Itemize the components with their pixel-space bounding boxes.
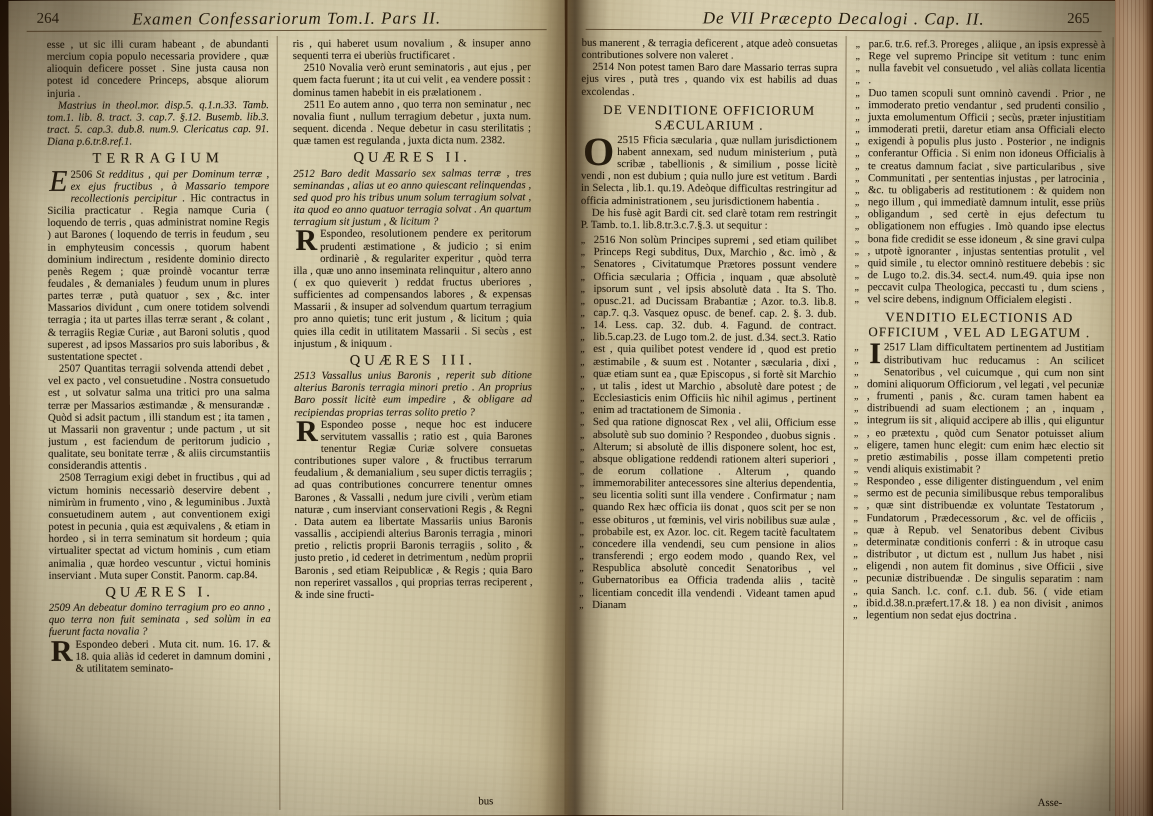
catchword-right: Asse- — [1038, 797, 1063, 809]
paragraph-continuation: esse , ut sic illi curam habeant , de ab… — [47, 38, 269, 100]
paragraph-number: 2515 — [617, 134, 639, 146]
quoted-block-2516: „ „ „ „ „ „ „ „ „ „ „ „ „ „ „2516 Non so… — [580, 234, 837, 417]
section-heading-de-venditione: DE VENDITIONE OFFICIORUM SÆCULARIUM . — [581, 102, 837, 133]
paragraph-continuation: bus manerent , & terragia deficerent , a… — [582, 37, 838, 62]
book-fore-edge — [1115, 0, 1153, 816]
quoted-block-respondeo: „ „ „ „ „ „ „ „ „ „ „ „Respondeo , esse … — [853, 475, 1104, 622]
left-page: 264 Examen Confessariorum Tom.I. Pars II… — [9, 0, 568, 816]
right-page: De VII Præcepto Decalogi . Cap. II. 265 … — [564, 0, 1120, 816]
column-3: bus manerent , & terragia deficerent , a… — [578, 37, 837, 810]
paragraph-body: Espondeo deberi . Muta cit. num. 16. 17.… — [75, 638, 270, 675]
quote-marks-gutter: „ „ „ „ „ „ „ „ „ „ „ „ „ „ „ — [580, 235, 593, 416]
paragraph-2515: 2515OFficia sæcularia , quæ nullam juris… — [581, 134, 837, 208]
section-heading-quaeres-1: QUÆRES I. — [49, 586, 271, 599]
question-2513: 2513 Vassallus unius Baronis , reperit s… — [294, 369, 532, 418]
page-number-right: 265 — [1067, 11, 1090, 28]
dropcap-r: R — [293, 228, 320, 253]
running-title-right: De VII Præcepto Decalogi . Cap. II. — [568, 8, 1120, 30]
paragraph-body: Llam difficultatem pertinentem ad Justit… — [867, 342, 1105, 476]
dropcap-r: R — [294, 419, 321, 444]
paragraph-2508: 2508 Terragium exigi debet in fructibus … — [48, 472, 270, 582]
running-title-left: Examen Confessariorum Tom.I. Pars II. — [9, 8, 565, 30]
paragraph-2506: 2506ESt redditus , qui per Dominum terræ… — [47, 168, 270, 363]
paragraph-2507: 2507 Quantitas terragii solvenda attendi… — [48, 362, 270, 472]
quoted-block-par6: „ „ „ „par.6. tr.6. ref.3. Proreges , al… — [855, 38, 1105, 88]
paragraph-body: Sed qua ratione dignoscat Rex , vel alii… — [592, 416, 836, 610]
section-heading-quaeres-2: QUÆRES II. — [293, 152, 531, 165]
paragraph-continuation: ris , qui haberet usum novalium , & insu… — [293, 37, 531, 62]
paragraph-2511: 2511 Eo autem anno , quo terra non semin… — [293, 98, 531, 147]
quote-marks-gutter: „ „ „ „ — [855, 39, 867, 87]
paragraph-body: par.6. tr.6. ref.3. Proreges , aliique ,… — [868, 38, 1105, 86]
citations-paragraph: Mastrius in theol.mor. disp.5. q.1.n.33.… — [47, 99, 269, 148]
paragraph-2510: 2510 Novalia verò erunt seminatoris , au… — [293, 61, 531, 98]
paragraph-body: 2516 Non solùm Principes supremi , sed e… — [593, 234, 837, 417]
column-2: ris , qui haberet usum novalium , & insu… — [293, 37, 534, 810]
response-2512: REspondeo, resolutionem pendere ex perit… — [293, 227, 531, 349]
dropcap-r: R — [49, 638, 76, 663]
response-2509: REspondeo deberi . Muta cit. num. 16. 17… — [49, 638, 271, 675]
paragraph-body: Respondeo , esse diligenter distinguendu… — [866, 475, 1104, 621]
quote-marks-gutter: „ „ „ „ „ „ „ „ „ „ „ „ „ „ „ „ — [579, 417, 592, 611]
section-heading-terragium: TERRAGIUM — [47, 152, 269, 165]
margin-rule-right — [1109, 37, 1113, 811]
paragraph-number: 2517 — [884, 342, 906, 354]
paragraph-de-his: De his fusè agit Bardi cit. sed clarè to… — [581, 207, 837, 232]
dropcap-e: E — [47, 168, 70, 193]
column-divider-right-page — [842, 36, 846, 810]
question-2509: 2509 An debeatur domino terragium pro eo… — [49, 601, 271, 638]
column-4: „ „ „ „par.6. tr.6. ref.3. Proreges , al… — [852, 38, 1105, 811]
column-1: esse , ut sic illi curam habeant , de ab… — [47, 38, 272, 811]
paragraph-number: 2506 — [70, 168, 92, 180]
paragraph-body: Espondeo, resolutionem pendere ex perito… — [294, 227, 532, 349]
paragraph-body: Duo tamen scopuli sunt omninò cavendi . … — [867, 87, 1105, 307]
paragraph-body: Hic contractus in Sicilia practicatur . … — [47, 192, 270, 363]
dropcap-i: I — [867, 342, 884, 367]
book-scan: 264 Examen Confessariorum Tom.I. Pars II… — [0, 0, 1153, 816]
quote-marks-gutter: „ „ „ „ „ „ „ „ „ „ „ „ — [853, 476, 866, 621]
quoted-block-duo-scopuli: „ „ „ „ „ „ „ „ „ „ „ „ „ „ „ „ „ „Duo t… — [854, 87, 1105, 307]
section-heading-venditio-electionis: VENDITIO ELECTIONIS AD OFFICIUM , VEL AD… — [854, 309, 1104, 340]
quote-marks-gutter: „ „ „ „ „ „ „ „ „ „ „ — [854, 342, 867, 475]
paragraph-2514: 2514 Non potest tamen Baro dare Massario… — [581, 61, 837, 99]
section-heading-quaeres-3: QUÆRES III. — [294, 354, 532, 367]
quoted-block-sed-qua: „ „ „ „ „ „ „ „ „ „ „ „ „ „ „ „Sed qua r… — [579, 416, 836, 612]
response-2513: REspondeo posse , neque hoc est inducere… — [294, 418, 533, 601]
quoted-block-2517: „ „ „ „ „ „ „ „ „ „ „2517ILlam difficult… — [854, 341, 1105, 476]
catchword-left: bus — [478, 795, 493, 807]
quote-marks-gutter: „ „ „ „ „ „ „ „ „ „ „ „ „ „ „ „ „ „ — [854, 88, 867, 306]
column-divider-left-page — [277, 36, 281, 810]
dropcap-o: O — [581, 134, 617, 168]
paragraph-body: Espondeo posse , neque hoc est inducere … — [294, 418, 532, 601]
question-2512: 2512 Baro dedit Massario sex salmas terr… — [293, 167, 531, 229]
